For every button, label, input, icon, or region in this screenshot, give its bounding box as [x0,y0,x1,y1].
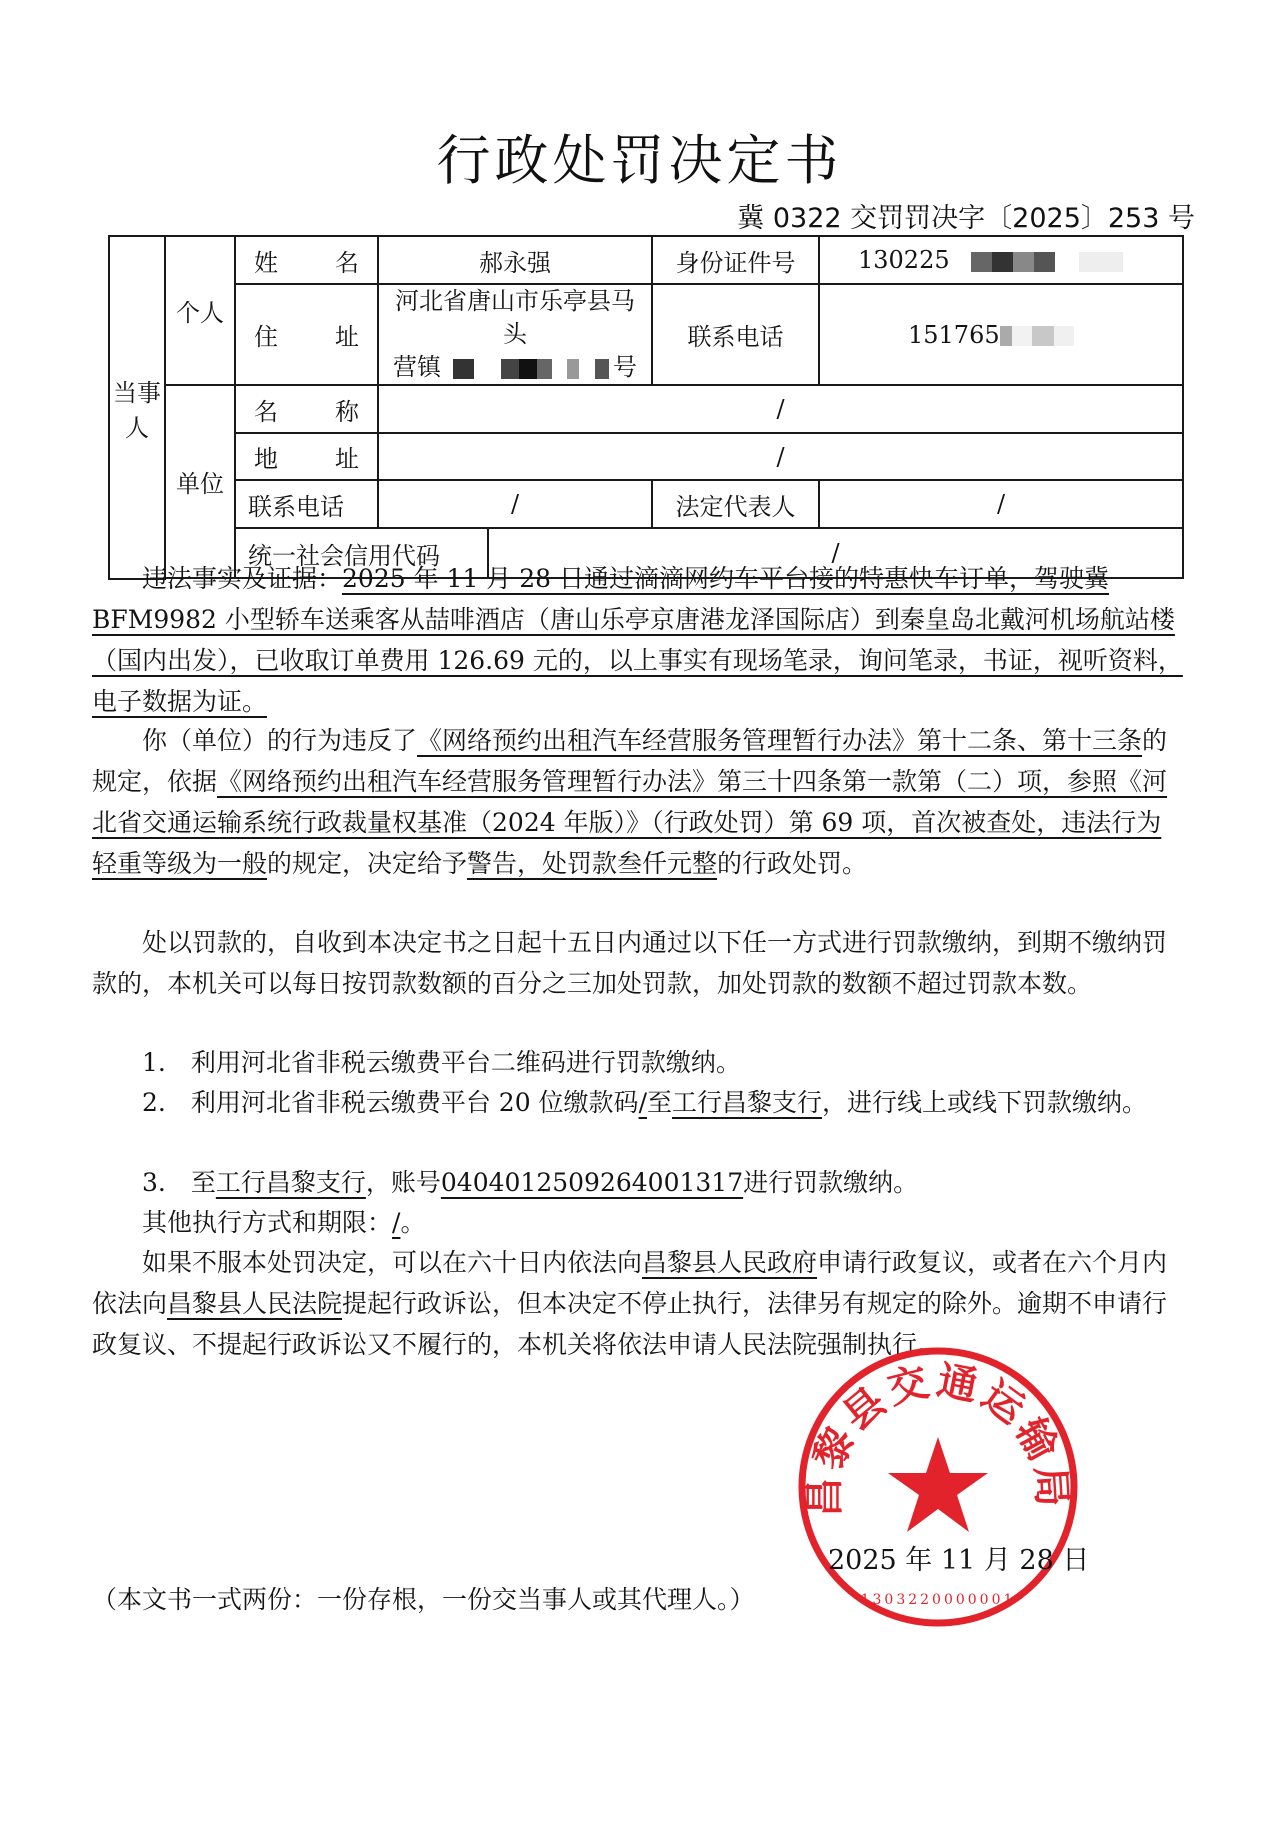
redaction-block [1079,252,1123,272]
party-info-table: 当事人 个人 姓名 郝永强 身份证件号 130225 住址 河北省唐山市乐亭县马… [108,235,1184,580]
facts-paragraph: 违法事实及证据：2025 年 11 月 28 日通过滴滴网约车平台接的特惠快车订… [92,558,1184,722]
law-violated: 《网络预约出租汽车经营服务管理暂行办法》第十二条、第十三条 [417,726,1142,755]
payment-item-3: 3. 至工行昌黎支行，账号0404012509264001317进行罚款缴纳。 [92,1162,1184,1203]
payment-item-2: 2. 利用河北省非税云缴费平台 20 位缴款码/至工行昌黎支行，进行线上或线下罚… [92,1082,1184,1123]
account-number: 0404012509264001317 [441,1168,743,1197]
payment-code: / [639,1088,647,1117]
org-address-label: 地址 [235,433,378,480]
payment-intro: 处以罚款的，自收到本决定书之日起十五日内通过以下任一方式进行罚款缴纳，到期不缴纳… [92,922,1184,1004]
address-label: 住址 [235,284,378,385]
individual-section-label: 个人 [165,236,235,385]
star-icon [888,1437,988,1532]
payment-item-1: 1. 利用河北省非税云缴费平台二维码进行罚款缴纳。 [92,1042,1184,1083]
document-number: 冀 0322 交罚罚决字〔2025〕253 号 [737,196,1195,235]
document-title: 行政处罚决定书 [0,118,1279,195]
phone-value: 151765 [819,284,1183,385]
legal-rep-value: / [819,480,1183,528]
penalty: 警告，处罚款叁仟元整 [467,849,717,878]
phone-label: 联系电话 [652,284,819,385]
org-phone-value: / [378,480,652,528]
org-name-value: / [378,385,1183,433]
payment-bank-2: 工行昌黎支行 [216,1168,366,1197]
redaction-block [441,359,591,379]
party-group-label: 当事人 [109,236,165,579]
redaction-block [1000,326,1012,346]
id-number-value: 130225 [819,236,1183,284]
name-label: 姓名 [235,236,378,284]
court: 昌黎县人民法院 [167,1289,342,1318]
legal-rep-label: 法定代表人 [652,480,819,528]
other-methods: 其他执行方式和期限：/。 [92,1202,1184,1243]
issue-date: 2025 年 11 月 28 日 [828,1538,1089,1577]
individual-address-value: 河北省唐山市乐亭县马头 营镇号 [378,284,652,385]
redaction-block [1032,326,1054,346]
individual-name-value: 郝永强 [378,236,652,284]
seal-serial: 1303220000001 [861,1592,1016,1608]
payment-bank: 工行昌黎支行 [672,1088,822,1117]
review-authority: 昌黎县人民政府 [642,1248,817,1277]
redaction-block [971,252,1055,272]
facts-label: 违法事实及证据： [142,564,342,593]
violation-paragraph: 你（单位）的行为违反了《网络预约出租汽车经营服务管理暂行办法》第十二条、第十三条… [92,720,1184,884]
organization-section-label: 单位 [165,385,235,578]
id-number-label: 身份证件号 [652,236,819,284]
redaction-block [595,359,609,379]
footer-note: （本文书一式两份：一份存根，一份交当事人或其代理人。） [92,1580,755,1616]
org-address-value: / [378,433,1183,480]
official-seal-stamp: 昌黎县交通运输局 1303220000001 [793,1342,1083,1632]
org-name-label: 名称 [235,385,378,433]
org-phone-label: 联系电话 [235,480,378,528]
